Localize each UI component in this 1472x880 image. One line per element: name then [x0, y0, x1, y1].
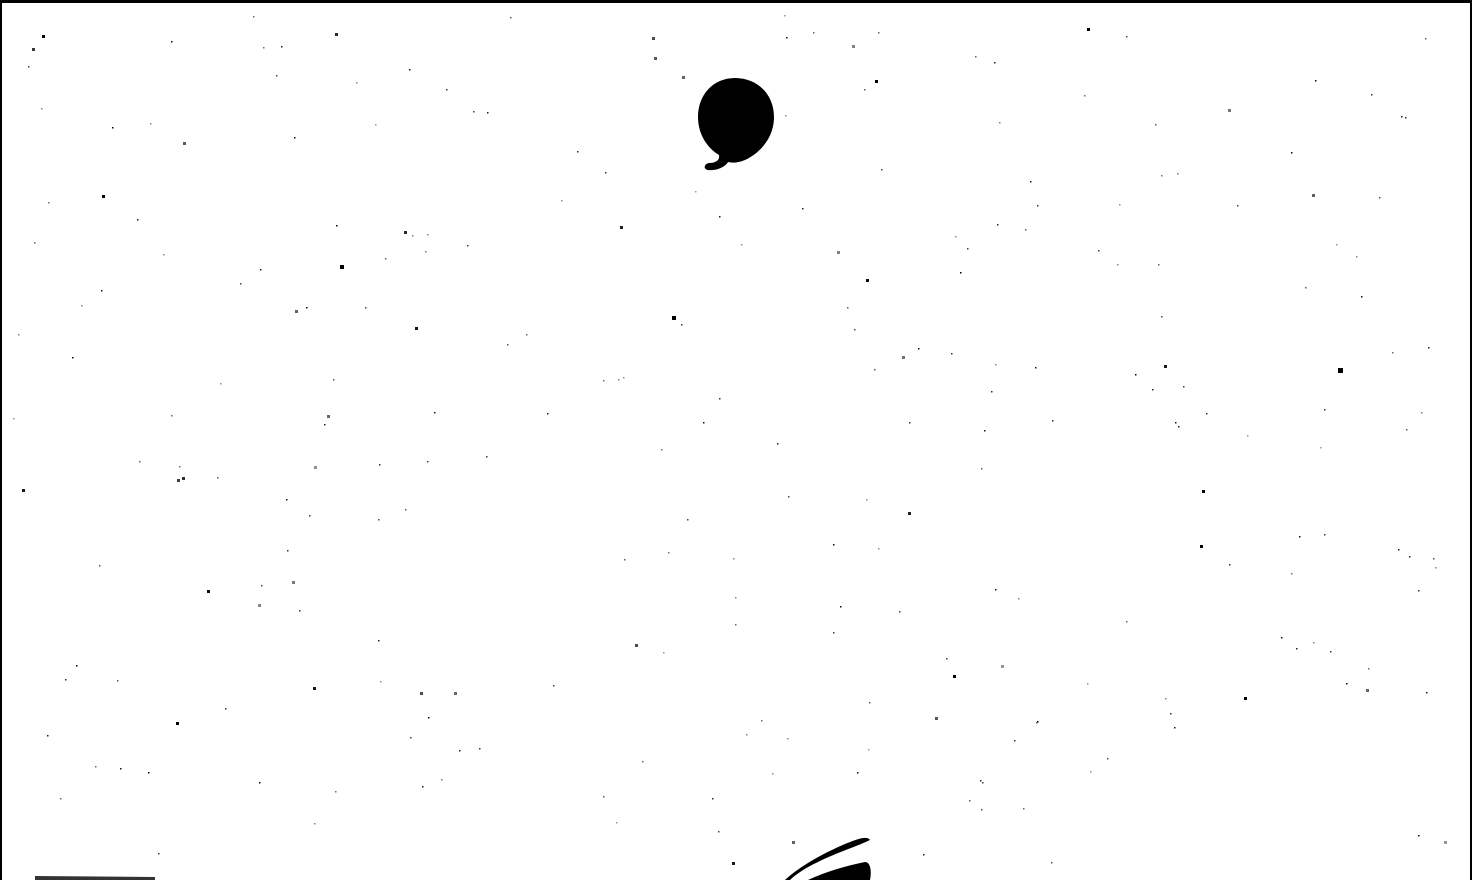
photo-canvas [0, 0, 1472, 880]
curved-dark-shape [785, 838, 871, 880]
bottom-left-streak [35, 876, 155, 880]
dark-round-blob [698, 78, 774, 170]
